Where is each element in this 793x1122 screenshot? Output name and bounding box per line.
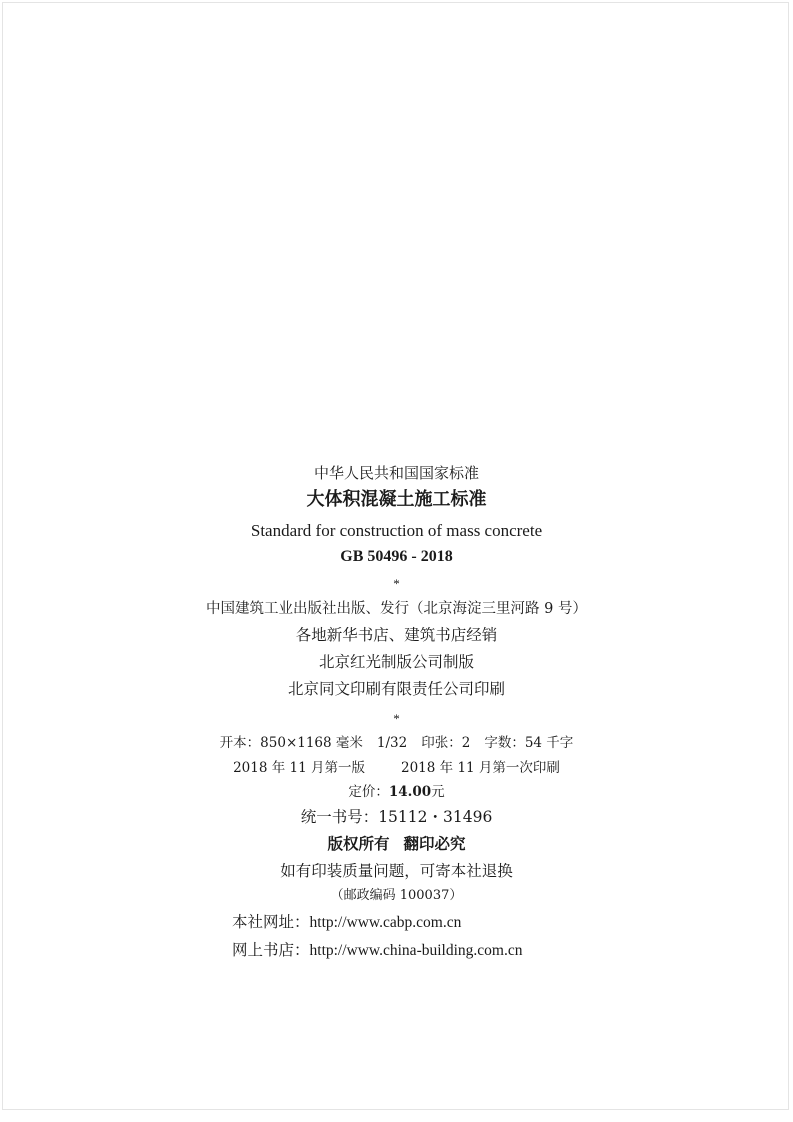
price-unit: 元 bbox=[431, 784, 445, 800]
separator-star: * bbox=[0, 712, 793, 725]
title-english: Standard for construction of mass concre… bbox=[0, 522, 793, 539]
online-store: 网上书店：http://www.china-building.com.cn bbox=[232, 943, 522, 959]
book-specs: 开本：850×1168 毫米1/32印张：2字数：54 千字 bbox=[0, 737, 793, 751]
format-fraction: 1/32 bbox=[377, 735, 407, 751]
first-printing: 2018 年 11 月第一次印刷 bbox=[401, 760, 560, 776]
website-url[interactable]: http://www.cabp.com.cn bbox=[310, 914, 462, 931]
national-standard-label: 中华人民共和国国家标准 bbox=[0, 466, 793, 481]
separator-star: * bbox=[0, 577, 793, 590]
online-store-url[interactable]: http://www.china-building.com.cn bbox=[310, 942, 523, 959]
printer-line: 北京同文印刷有限责任公司印刷 bbox=[0, 682, 793, 698]
return-notice: 如有印装质量问题，可寄本社退换 bbox=[0, 864, 793, 880]
unified-book-number: 统一书号：15112・31496 bbox=[0, 810, 793, 826]
word-count: 字数：54 千字 bbox=[484, 735, 573, 751]
postal-code: （邮政编码 100037） bbox=[0, 889, 793, 902]
copyright-line: 版权所有翻印必究 bbox=[0, 837, 793, 853]
plate-maker-line: 北京红光制版公司制版 bbox=[0, 655, 793, 671]
standard-number: GB 50496 - 2018 bbox=[0, 549, 793, 565]
price-value: 14.00 bbox=[389, 784, 431, 800]
price-label: 定价： bbox=[348, 784, 389, 800]
online-store-label: 网上书店： bbox=[232, 941, 310, 959]
title-chinese: 大体积混凝土施工标准 bbox=[0, 491, 793, 509]
piracy-prohibited: 翻印必究 bbox=[404, 835, 466, 853]
distributor-line: 各地新华书店、建筑书店经销 bbox=[0, 628, 793, 644]
price-line: 定价：14.00元 bbox=[0, 786, 793, 800]
publisher-website: 本社网址：http://www.cabp.com.cn bbox=[232, 915, 461, 931]
publisher-line: 中国建筑工业出版社出版、发行（北京海淀三里河路 9 号） bbox=[0, 602, 793, 617]
first-edition: 2018 年 11 月第一版 bbox=[233, 760, 365, 776]
edition-info: 2018 年 11 月第一版2018 年 11 月第一次印刷 bbox=[0, 762, 793, 776]
rights-reserved: 版权所有 bbox=[327, 835, 389, 853]
printed-sheets: 印张：2 bbox=[421, 735, 470, 751]
format-size: 开本：850×1168 毫米 bbox=[220, 735, 363, 751]
website-label: 本社网址： bbox=[232, 913, 310, 931]
